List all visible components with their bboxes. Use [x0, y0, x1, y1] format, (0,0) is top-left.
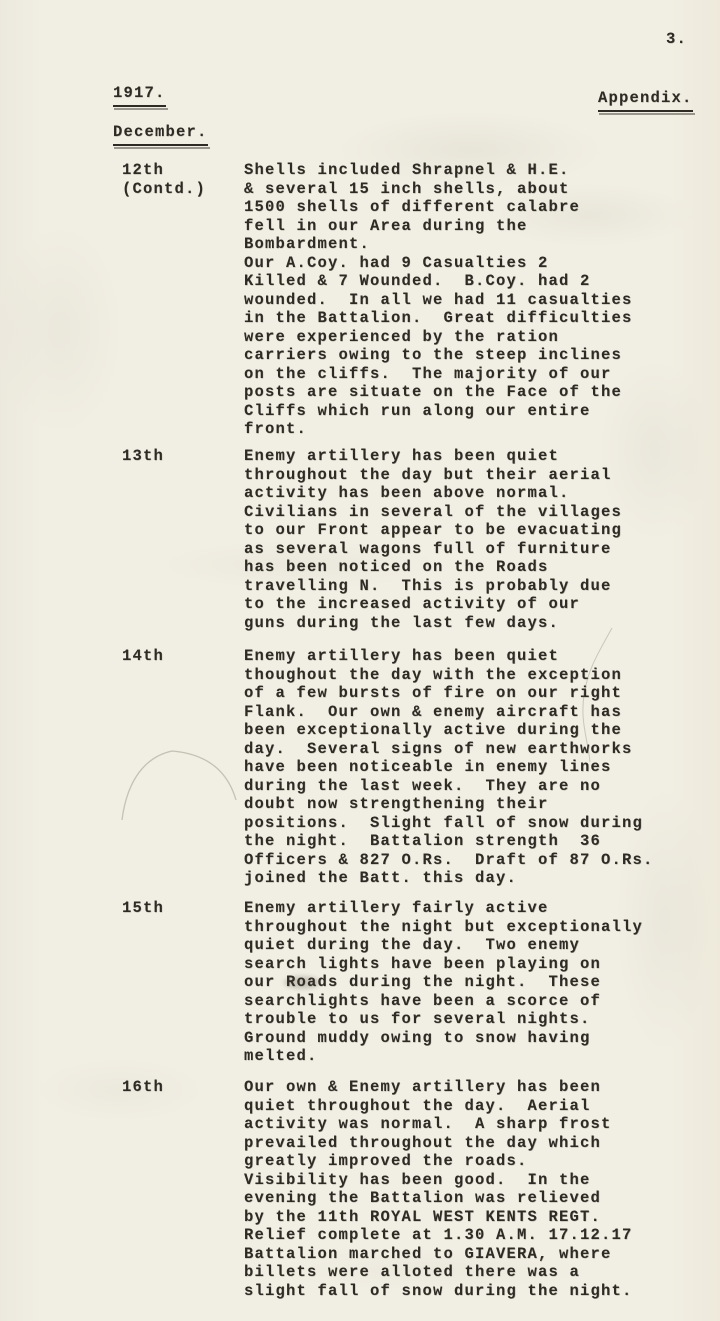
diary-entry-13th: 13th Enemy artillery has been quiet thro… — [122, 447, 622, 632]
entry-text: Shells included Shrapnel & H.E. & severa… — [244, 161, 633, 439]
diary-entry-15th: 15th Enemy artillery fairly active throu… — [122, 899, 643, 1066]
diary-entry-12th: 12th (Contd.) Shells included Shrapnel &… — [122, 161, 633, 439]
entry-text: Enemy artillery has been quiet throughou… — [244, 447, 622, 632]
ink-smudge — [284, 976, 320, 989]
year-heading: 1917. — [113, 84, 166, 107]
month-heading: December. — [113, 123, 208, 146]
entry-text: Enemy artillery has been quiet thoughout… — [244, 647, 654, 888]
diary-entry-16th: 16th Our own & Enemy artillery has been … — [122, 1078, 633, 1300]
appendix-heading: Appendix. — [598, 89, 693, 112]
page-number: 3. — [666, 30, 687, 49]
entry-text: Our own & Enemy artillery has been quiet… — [244, 1078, 633, 1300]
scanned-diary-page: 3. 1917. Appendix. December. 12th (Contd… — [0, 0, 720, 1321]
diary-entry-14th: 14th Enemy artillery has been quiet thou… — [122, 647, 654, 888]
entry-date-label: 12th (Contd.) — [122, 161, 244, 439]
entry-date-label: 14th — [122, 647, 244, 888]
entry-date-label: 16th — [122, 1078, 244, 1300]
entry-date-label: 15th — [122, 899, 244, 1066]
entry-date-label: 13th — [122, 447, 244, 632]
